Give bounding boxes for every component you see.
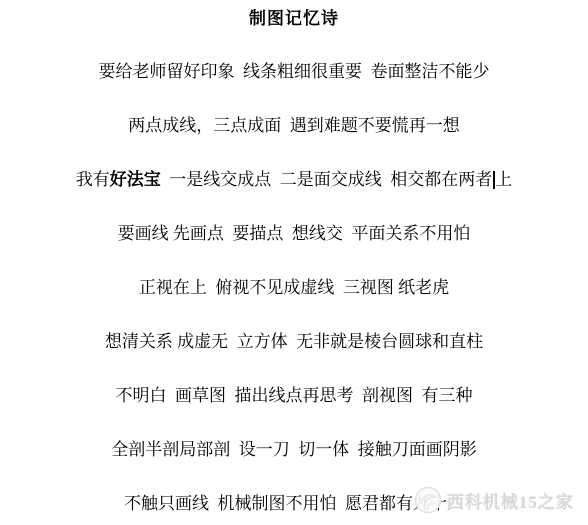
poem-line-3-bold-phrase: 好法宝	[110, 170, 161, 189]
poem-line-5[interactable]: 正视在上 俯视不见成虚线 三视图 纸老虎	[0, 278, 588, 298]
poem-line-9[interactable]: 不触只画线 机械制图不用怕 愿君都有九十八	[0, 494, 588, 514]
poem-line-3-prefix: 我有	[76, 170, 110, 189]
document-title[interactable]: 制图记忆诗	[0, 0, 588, 28]
document-page[interactable]: 制图记忆诗 要给老师留好印象 线条粗细很重要 卷面整洁不能少 两点成线，三点成面…	[0, 0, 588, 525]
poem-line-3-middle: 一是线交成点 二是面交成线 相交都在两者	[161, 170, 493, 189]
poem-line-1[interactable]: 要给老师留好印象 线条粗细很重要 卷面整洁不能少	[0, 62, 588, 82]
poem-line-6[interactable]: 想清关系 成虚无 立方体 无非就是棱台圆球和直柱	[0, 332, 588, 352]
poem-line-3[interactable]: 我有好法宝 一是线交成点 二是面交成线 相交都在两者上	[0, 170, 588, 190]
poem-line-7[interactable]: 不明白 画草图 描出线点再思考 剖视图 有三种	[0, 386, 588, 406]
poem-line-4[interactable]: 要画线 先画点 要描点 想线交 平面关系不用怕	[0, 224, 588, 244]
poem-line-3-suffix: 上	[495, 170, 512, 189]
poem-line-2[interactable]: 两点成线，三点成面 遇到难题不要慌再一想	[0, 116, 588, 136]
poem-line-8[interactable]: 全剖半剖局部剖 设一刀 切一体 接触刀面画阴影	[0, 440, 588, 460]
